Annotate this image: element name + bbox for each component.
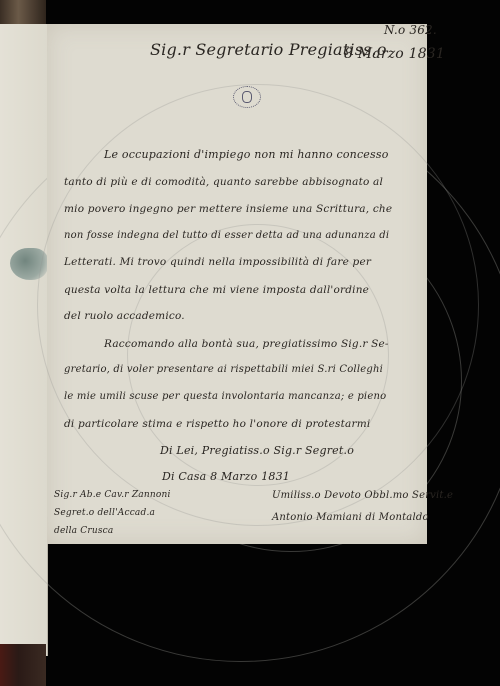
reference-number: N.o 362. (384, 23, 437, 37)
body-line-6: questa volta la lettura che mi viene imp… (64, 284, 369, 296)
book-spine-bottom (0, 644, 46, 686)
addressee-line-1: Sig.r Ab.e Cav.r Zannoni (54, 490, 171, 500)
library-stamp (233, 86, 261, 108)
signature-line-2: Antonio Mamiani di Montaldo (272, 512, 429, 523)
body-line-2: tanto di più e di comodità, quanto sareb… (64, 176, 383, 188)
body-line-3: mio povero ingegno per mettere insieme u… (64, 203, 392, 215)
ink-blot (10, 248, 48, 280)
signature-line-1: Umiliss.o Devoto Obbl.mo Servit.e (272, 490, 453, 501)
body-line-10: le mie umili scuse per questa involontar… (64, 391, 386, 402)
book-spine-top (0, 0, 46, 24)
body-line-1: Le occupazioni d'impiego non mi hanno co… (104, 148, 389, 161)
body-line-5: Letterati. Mi trovo quindi nella impossi… (64, 256, 371, 268)
body-line-11: di particolare stima e rispetto ho l'ono… (64, 418, 370, 430)
body-line-4: non fosse indegna del tutto di esser det… (64, 230, 389, 241)
body-line-8: Raccomando alla bontà sua, pregiatissimo… (104, 338, 389, 350)
closing-line: Di Lei, Pregiatiss.o Sig.r Segret.o (160, 444, 354, 457)
addressee-line-2: Segret.o dell'Accad.a (54, 508, 155, 518)
received-date: 8 Marzo 1831 (344, 46, 445, 62)
addressee-line-3: della Crusca (54, 526, 113, 536)
place-date: Di Casa 8 Marzo 1831 (162, 470, 290, 483)
body-line-7: del ruolo accademico. (64, 310, 185, 322)
body-line-9: gretario, di voler presentare ai rispett… (64, 364, 383, 375)
facing-page-edge (0, 24, 48, 656)
